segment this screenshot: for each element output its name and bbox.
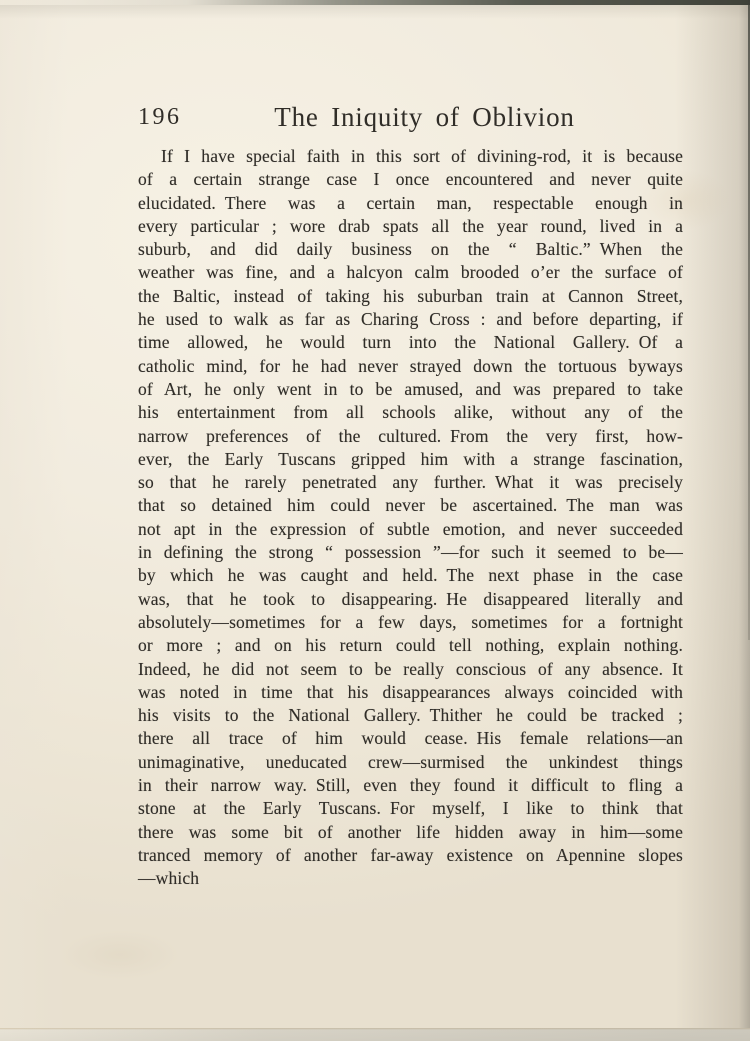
text-line: of Art, he only went in to be amused, an… (138, 378, 683, 401)
text-line: suburb, and did daily business on the “ … (138, 238, 683, 261)
text-line: the Baltic, instead of taking his suburb… (138, 285, 683, 308)
book-page-scan: 196 The Iniquity of Oblivion If I have s… (0, 0, 750, 1041)
text-line: by which he was caught and held. The nex… (138, 564, 683, 587)
text-line: If I have special faith in this sort of … (138, 145, 683, 168)
text-line: that so detained him could never be asce… (138, 494, 683, 517)
text-line: so that he rarely penetrated any further… (138, 471, 683, 494)
body-paragraph: If I have special faith in this sort of … (138, 145, 683, 891)
catchword: —which (138, 867, 683, 890)
text-line: he used to walk as far as Charing Cross … (138, 308, 683, 331)
running-title: The Iniquity of Oblivion (138, 101, 683, 133)
text-line: unimaginative, uneducated crew—surmised … (138, 751, 683, 774)
text-line: elucidated. There was a certain man, res… (138, 192, 683, 215)
text-line: narrow preferences of the cultured. From… (138, 425, 683, 448)
page-header: 196 The Iniquity of Oblivion (138, 101, 683, 134)
text-line: of a certain strange case I once encount… (138, 168, 683, 191)
text-line: was noted in time that his disappearance… (138, 681, 683, 704)
text-line: catholic mind, for he had never strayed … (138, 355, 683, 378)
text-line: in defining the strong “ possession ”—fo… (138, 541, 683, 564)
scan-bottom-edge (0, 1028, 750, 1041)
text-line: time allowed, he would turn into the Nat… (138, 331, 683, 354)
text-line: or more ; and on his return could tell n… (138, 634, 683, 657)
text-line: tranced memory of another far-away exist… (138, 844, 683, 867)
text-line: not apt in the expression of subtle emot… (138, 518, 683, 541)
text-line: absolutely—sometimes for a few days, som… (138, 611, 683, 634)
text-line: every particular ; wore drab spats all t… (138, 215, 683, 238)
text-line: his entertainment from all schools alike… (138, 401, 683, 424)
text-line: was, that he took to disappearing. He di… (138, 588, 683, 611)
paper-stain (60, 930, 180, 980)
text-line: in their narrow way. Still, even they fo… (138, 774, 683, 797)
text-line: ever, the Early Tuscans gripped him with… (138, 448, 683, 471)
text-line: there was some bit of another life hidde… (138, 821, 683, 844)
text-line: Indeed, he did not seem to be really con… (138, 658, 683, 681)
text-line: his visits to the National Gallery. Thit… (138, 704, 683, 727)
page-content: 196 The Iniquity of Oblivion If I have s… (138, 101, 683, 891)
text-line: stone at the Early Tuscans. For myself, … (138, 797, 683, 820)
text-line: there all trace of him would cease. His … (138, 727, 683, 750)
scan-top-edge-shadow (0, 5, 750, 19)
text-line: weather was fine, and a halcyon calm bro… (138, 261, 683, 284)
